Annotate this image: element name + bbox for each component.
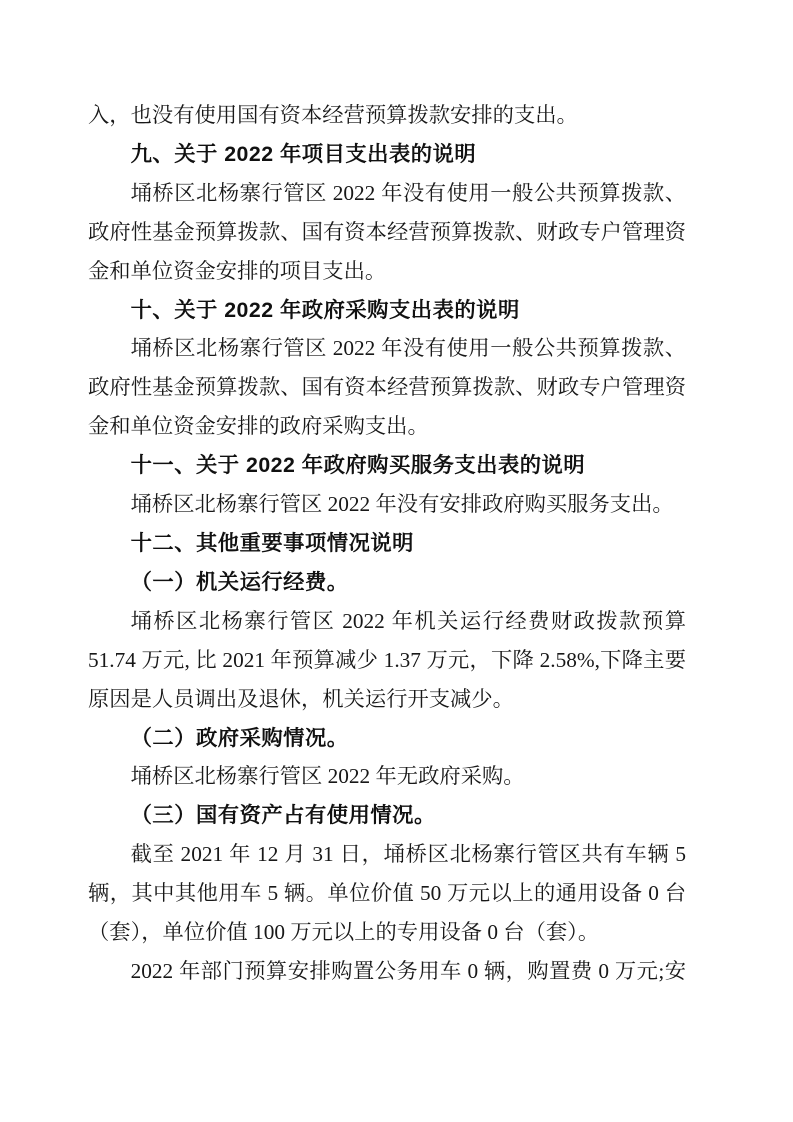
heading-item-3-state-assets-usage: （三）国有资产占有使用情况。 [88, 796, 686, 835]
document-page: 入，也没有使用国有资本经营预算拨款安排的支出。 九、关于 2022 年项目支出表… [0, 0, 793, 1122]
paragraph-state-assets-body: 截至 2021 年 12 月 31 日，埇桥区北杨寨行管区共有车辆 5 辆，其中… [88, 835, 686, 952]
heading-section-11-gov-purchased-services-table: 十一、关于 2022 年政府购买服务支出表的说明 [88, 446, 686, 485]
paragraph-section-10-body: 埇桥区北杨寨行管区 2022 年没有使用一般公共预算拨款、政府性基金预算拨款、国… [88, 329, 686, 446]
paragraph-section-9-body: 埇桥区北杨寨行管区 2022 年没有使用一般公共预算拨款、政府性基金预算拨款、国… [88, 174, 686, 291]
paragraph-continued-from-previous-page: 入，也没有使用国有资本经营预算拨款安排的支出。 [88, 96, 686, 135]
heading-section-10-gov-procurement-table: 十、关于 2022 年政府采购支出表的说明 [88, 291, 686, 330]
paragraph-gov-procurement-body: 埇桥区北杨寨行管区 2022 年无政府采购。 [88, 757, 686, 796]
paragraph-vehicle-purchase-continues-next-page: 2022 年部门预算安排购置公务用车 0 辆，购置费 0 万元;安 [88, 952, 686, 991]
paragraph-operating-expenses-body: 埇桥区北杨寨行管区 2022 年机关运行经费财政拨款预算 51.74 万元, 比… [88, 602, 686, 719]
heading-section-12-other-important-matters: 十二、其他重要事项情况说明 [88, 524, 686, 563]
heading-section-9-project-expenditure: 九、关于 2022 年项目支出表的说明 [88, 135, 686, 174]
heading-item-2-gov-procurement-status: （二）政府采购情况。 [88, 719, 686, 758]
paragraph-section-11-body: 埇桥区北杨寨行管区 2022 年没有安排政府购买服务支出。 [88, 485, 686, 524]
heading-item-1-operating-expenses: （一）机关运行经费。 [88, 563, 686, 602]
